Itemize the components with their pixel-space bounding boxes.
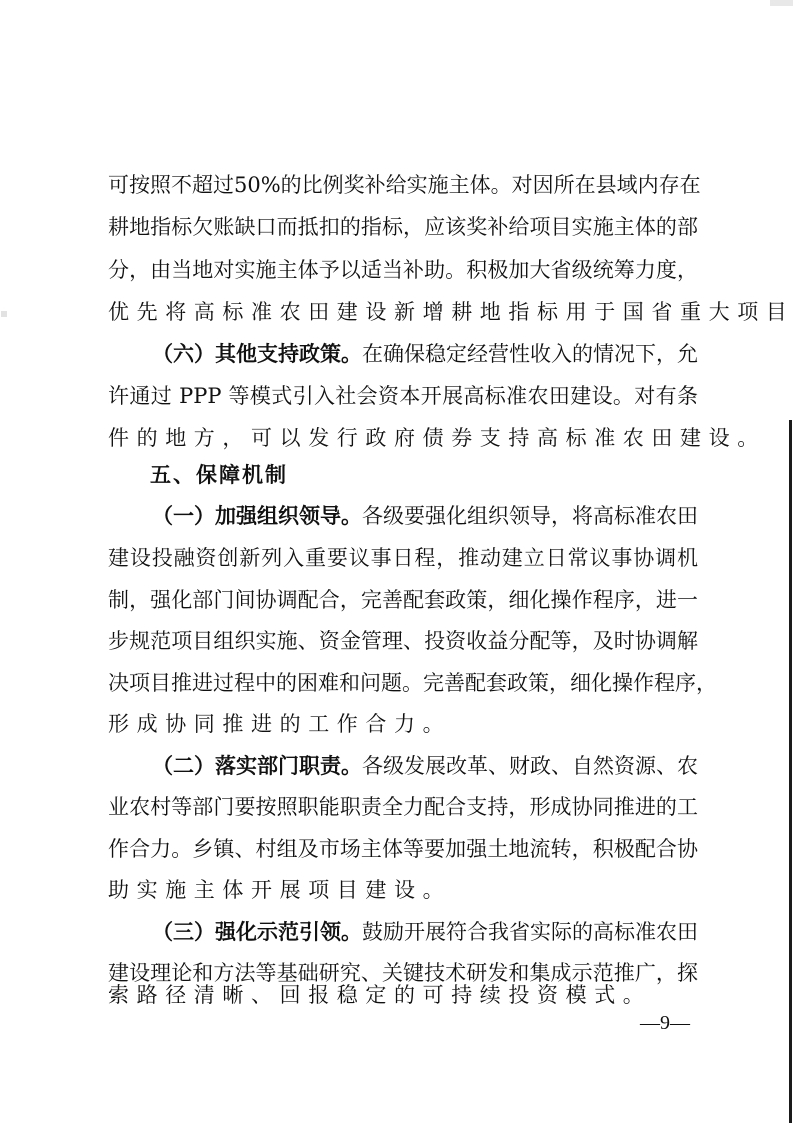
section-title: （六）其他支持政策。 xyxy=(152,342,362,366)
text-line: 分，由当地对实施主体予以适当补助。积极加大省级统筹力度， xyxy=(108,250,698,290)
text-line: 索路径清晰、回报稳定的可持续投资模式。 xyxy=(108,975,698,1015)
paragraph-responsibilities: （二）落实部门职责。各级发展改革、财政、自然资源、农 xyxy=(152,746,698,786)
paragraph-organization: （一）加强组织领导。各级要强化组织领导，将高标准农田 xyxy=(152,496,698,536)
section-title: （三）强化示范引领。 xyxy=(152,920,362,944)
text-line: 业农村等部门要按照职能职责全力配合支持，形成协同推进的工 xyxy=(108,787,698,827)
text-line: 耕地指标欠账缺口而抵扣的指标，应该奖补给项目实施主体的部 xyxy=(108,207,698,247)
text-line: 件的地方，可以发行政府债券支持高标准农田建设。 xyxy=(108,418,698,458)
section-heading: 五、保障机制 xyxy=(150,455,696,495)
scan-artifact xyxy=(1,311,7,317)
document-page: 可按照不超过50%的比例奖补给实施主体。对因所在县域内存在 耕地指标欠账缺口而抵… xyxy=(0,0,793,1123)
text-line: 决项目推进过程中的困难和问题。完善配套政策，细化操作程序， xyxy=(108,663,698,703)
text-line: 制，强化部门间协调配合，完善配套政策，细化操作程序，进一 xyxy=(108,580,698,620)
text-line: 形成协同推进的工作合力。 xyxy=(108,704,698,744)
text-run: 在确保稳定经营性收入的情况下，允 xyxy=(362,342,698,366)
text-line: 作合力。乡镇、村组及市场主体等要加强土地流转，积极配合协 xyxy=(108,829,698,869)
scan-artifact xyxy=(770,0,793,6)
text-line: 步规范项目组织实施、资金管理、投资收益分配等，及时协调解 xyxy=(108,621,698,661)
section-title: （二）落实部门职责。 xyxy=(152,754,362,778)
paragraph-demonstration: （三）强化示范引领。鼓励开展符合我省实际的高标准农田 xyxy=(152,912,698,952)
text-line: 优先将高标准农田建设新增耕地指标用于国省重大项目建设。 xyxy=(108,292,698,332)
text-line: 许通过 PPP 等模式引入社会资本开展高标准农田建设。对有条 xyxy=(108,376,698,416)
text-line: 助实施主体开展项目建设。 xyxy=(108,870,698,910)
scan-edge-line xyxy=(789,420,792,1123)
text-run: 各级发展改革、财政、自然资源、农 xyxy=(362,754,698,778)
paragraph-other-policies: （六）其他支持政策。在确保稳定经营性收入的情况下，允 xyxy=(152,334,698,374)
section-title: （一）加强组织领导。 xyxy=(152,504,362,528)
text-line: 可按照不超过50%的比例奖补给实施主体。对因所在县域内存在 xyxy=(108,165,698,205)
text-run: 各级要强化组织领导，将高标准农田 xyxy=(362,504,698,528)
text-run: 鼓励开展符合我省实际的高标准农田 xyxy=(362,920,698,944)
page-number: —9— xyxy=(640,1012,690,1035)
text-line: 建设投融资创新列入重要议事日程，推动建立日常议事协调机 xyxy=(108,538,698,578)
